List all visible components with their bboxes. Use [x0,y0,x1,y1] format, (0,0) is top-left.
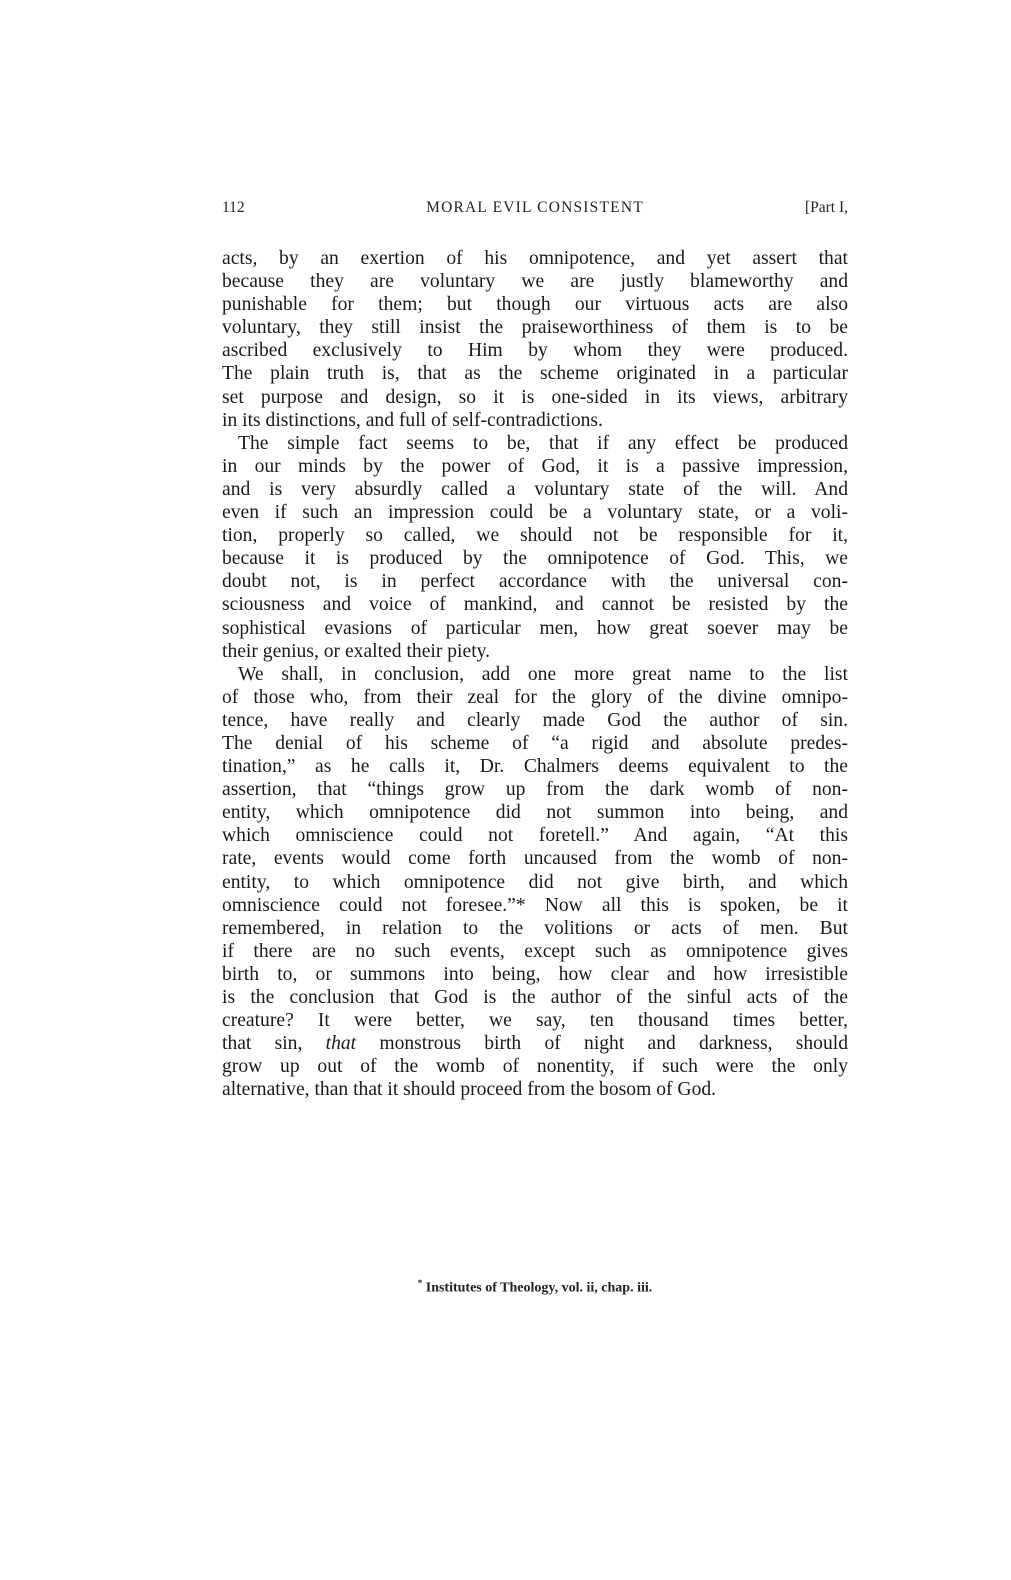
text-line: sciousness and voice of mankind, and can… [222,593,848,616]
text-line: even if such an impression could be a vo… [222,501,848,524]
paragraph-1: acts, by an exertion of his omnipotence,… [222,247,848,432]
text-line: The plain truth is, that as the scheme o… [222,362,848,385]
text-line: doubt not, is in perfect accordance with… [222,570,848,593]
text-line: entity, to which omnipotence did not giv… [222,871,848,894]
book-page: 112 MORAL EVIL CONSISTENT [Part I, acts,… [0,0,1011,1580]
text-line: and is very absurdly called a voluntary … [222,478,848,501]
text-line: tination,” as he calls it, Dr. Chalmers … [222,755,848,778]
text-line: tence, have really and clearly made God … [222,709,848,732]
text-segment: monstrous birth of night and darkness, s… [356,1033,848,1054]
text-line: The simple fact seems to be, that if any… [222,432,848,455]
paragraph-3: We shall, in conclusion, add one more gr… [222,663,848,1102]
text-line: in its distinctions, and full of self-co… [222,409,848,432]
text-line: of those who, from their zeal for the gl… [222,686,848,709]
text-line: set purpose and design, so it is one-sid… [222,386,848,409]
text-line-with-italic: that sin, that monstrous birth of night … [222,1032,848,1055]
text-line: their genius, or exalted their piety. [222,640,848,663]
footnote: * Institutes of Theology, vol. ii, chap.… [222,1278,848,1297]
footnote-text: Institutes of Theology, vol. ii, chap. i… [426,1281,653,1296]
body-text: acts, by an exertion of his omnipotence,… [222,247,848,1101]
part-label: [Part I, [805,199,848,217]
text-line: tion, properly so called, we should not … [222,524,848,547]
text-line: alternative, than that it should proceed… [222,1078,848,1101]
text-line: because it is produced by the omnipotenc… [222,547,848,570]
text-line: remembered, in relation to the volitions… [222,917,848,940]
footnote-marker: * [418,1278,423,1288]
text-line: omniscience could not foresee.”* Now all… [222,894,848,917]
text-line: We shall, in conclusion, add one more gr… [222,663,848,686]
text-line: if there are no such events, except such… [222,940,848,963]
text-line: which omniscience could not foretell.” A… [222,824,848,847]
text-line: creature? It were better, we say, ten th… [222,1009,848,1032]
text-line: in our minds by the power of God, it is … [222,455,848,478]
text-line: acts, by an exertion of his omnipotence,… [222,247,848,270]
text-line: voluntary, they still insist the praisew… [222,316,848,339]
text-line: punishable for them; but though our virt… [222,293,848,316]
text-line: rate, events would come forth uncaused f… [222,847,848,870]
running-title: MORAL EVIL CONSISTENT [222,199,848,217]
text-line: birth to, or summons into being, how cle… [222,963,848,986]
text-line: The denial of his scheme of “a rigid and… [222,732,848,755]
text-line: is the conclusion that God is the author… [222,986,848,1009]
italic-emphasis: that [326,1033,356,1054]
text-line: ascribed exclusively to Him by whom they… [222,339,848,362]
paragraph-2: The simple fact seems to be, that if any… [222,432,848,663]
text-line: assertion, that “things grow up from the… [222,778,848,801]
text-line: grow up out of the womb of nonentity, if… [222,1055,848,1078]
text-line: sophistical evasions of particular men, … [222,617,848,640]
text-segment: that sin, [222,1033,326,1054]
text-line: because they are voluntary we are justly… [222,270,848,293]
text-line: entity, which omnipotence did not summon… [222,801,848,824]
running-header: 112 MORAL EVIL CONSISTENT [Part I, [222,199,848,223]
